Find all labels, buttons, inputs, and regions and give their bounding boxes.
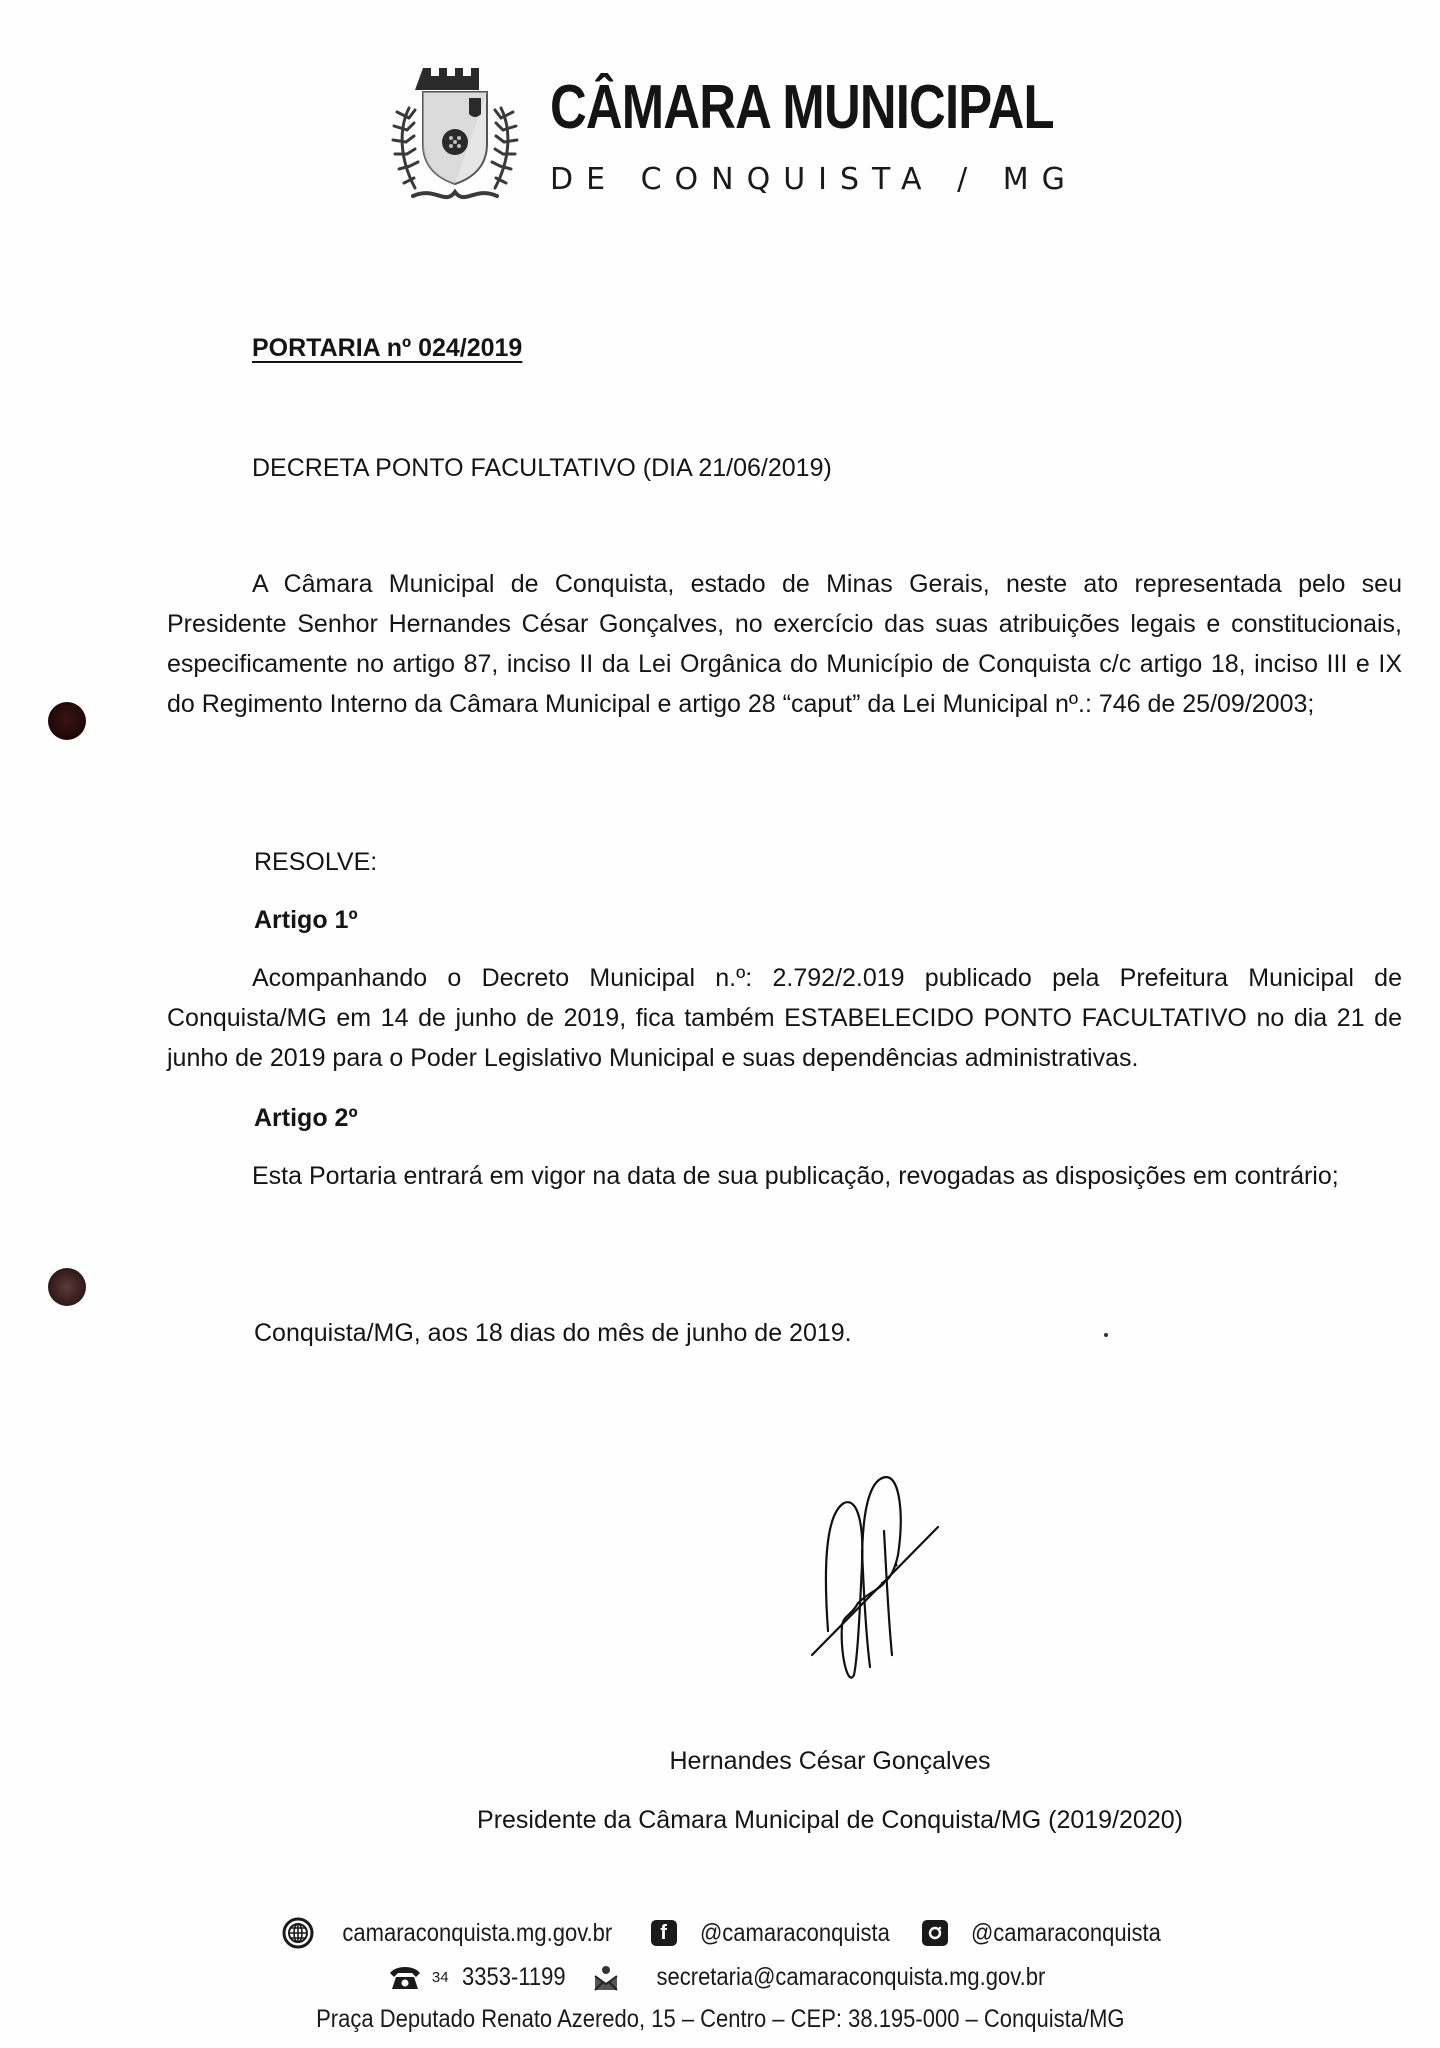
letterhead: CÂMARA MUNICIPAL DE CONQUISTA / MG: [385, 58, 1065, 208]
signer-role: Presidente da Câmara Municipal de Conqui…: [110, 1806, 1440, 1835]
footer-website[interactable]: camaraconquista.mg.gov.br: [282, 1917, 631, 1949]
phone-number: 3353-1199: [462, 1963, 566, 1992]
municipal-coat-of-arms-icon: [385, 58, 525, 208]
preamble-paragraph: A Câmara Municipal de Conquista, estado …: [167, 564, 1402, 724]
preamble-text: A Câmara Municipal de Conquista, estado …: [167, 570, 1402, 718]
place-and-date: Conquista/MG, aos 18 dias do mês de junh…: [254, 1313, 852, 1353]
instagram-handle: @camaraconquista: [971, 1919, 1161, 1948]
institution-name: CÂMARA MUNICIPAL: [550, 72, 1054, 143]
document-number: PORTARIA nº 024/2019: [252, 328, 522, 368]
instagram-icon: [922, 1920, 948, 1946]
phone-area-code: 34: [432, 1969, 449, 1986]
mail-icon: [592, 1964, 620, 1992]
footer-phone-email-row: 34 3353-1199 secretaria@camaraconquista.…: [10, 1963, 1440, 1992]
footer-contacts-row: camaraconquista.mg.gov.br f @camaraconqu…: [8, 1917, 1440, 1949]
article-1-text: Acompanhando o Decreto Municipal n.º: 2.…: [167, 964, 1402, 1072]
telephone-icon: [388, 1965, 422, 1991]
punch-hole: [48, 702, 86, 740]
globe-icon: [282, 1917, 314, 1949]
speck: [1104, 1333, 1108, 1337]
website-text: camaraconquista.mg.gov.br: [342, 1919, 612, 1948]
resolve-label: RESOLVE:: [254, 842, 377, 882]
punch-hole: [48, 1268, 86, 1306]
article-1-paragraph: Acompanhando o Decreto Municipal n.º: 2.…: [167, 958, 1402, 1078]
document-page: CÂMARA MUNICIPAL DE CONQUISTA / MG PORTA…: [0, 0, 1440, 2048]
article-2-heading: Artigo 2º: [254, 1098, 358, 1138]
handwritten-signature: [800, 1455, 960, 1695]
footer-email[interactable]: secretaria@camaraconquista.mg.gov.br: [592, 1963, 1072, 1992]
email-address: secretaria@camaraconquista.mg.gov.br: [657, 1963, 1046, 1992]
footer-facebook[interactable]: f @camaraconquista: [651, 1919, 903, 1948]
postal-address: Praça Deputado Renato Azeredo, 15 – Cent…: [316, 2005, 1124, 2034]
article-1-heading: Artigo 1º: [254, 900, 358, 940]
footer-address-row: Praça Deputado Renato Azeredo, 15 – Cent…: [0, 2005, 1440, 2034]
facebook-handle: @camaraconquista: [699, 1919, 889, 1948]
article-2-text: Esta Portaria entrará em vigor na data d…: [252, 1162, 1339, 1190]
document-subject: DECRETA PONTO FACULTATIVO (DIA 21/06/201…: [252, 448, 832, 488]
institution-location: DE CONQUISTA / MG: [550, 162, 1078, 197]
signer-name: Hernandes César Gonçalves: [110, 1747, 1440, 1776]
footer-instagram[interactable]: @camaraconquista: [922, 1919, 1174, 1948]
footer-phone[interactable]: 34 3353-1199: [388, 1963, 572, 1992]
article-2-paragraph: Esta Portaria entrará em vigor na data d…: [167, 1156, 1402, 1196]
facebook-icon: f: [651, 1920, 677, 1946]
